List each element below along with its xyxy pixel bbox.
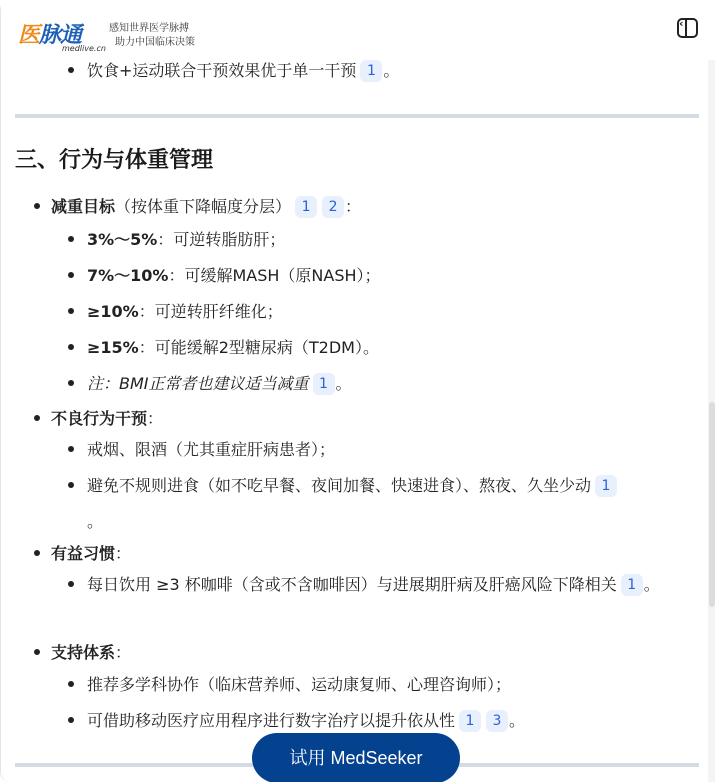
citation-badge[interactable]: 3 [486,710,508,732]
list-item: 注：BMI正常者也建议适当减重1。 [1,366,701,402]
citation-badge[interactable]: 1 [595,475,617,497]
section-title: 三、行为与体重管理 [15,143,213,174]
good-habit-items: 每日饮用 ≥3 杯咖啡（含或不含咖啡因）与进展期肝病及肝癌风险下降相关1。 [1,567,701,603]
citation-badge[interactable]: 2 [322,196,344,218]
list-item: 支持体系： [1,635,701,671]
list-item: ≥15%：可能缓解2型糖尿病（T2DM）。 [1,330,701,366]
scrollbar[interactable] [708,60,715,782]
list-item: 7%～10%：可缓解MASH（原NASH）； [1,258,701,294]
header: 医脉通 medlive.cn 感知世界医学脉搏 助力中国临床决策 [1,0,715,56]
slogan-line-2: 助力中国临床决策 [109,36,195,50]
list-item: 戒烟、限酒（尤其重症肝病患者）； [1,432,701,468]
list-item: 3%～5%：可逆转脂肪肝； [1,222,701,258]
medlive-logo[interactable]: 医脉通 medlive.cn [18,18,106,56]
list-item: 减重目标（按体重下降幅度分层）12： [1,189,701,225]
sidebar-panel-icon[interactable] [677,18,698,38]
slogan-line-1: 感知世界医学脉搏 [109,22,195,36]
scrollbar-thumb[interactable] [709,402,715,607]
citation-badge[interactable]: 1 [621,574,643,596]
section-divider [15,114,699,118]
list-item: ≥10%：可逆转肝纤维化； [1,294,701,330]
slogan: 感知世界医学脉搏 助力中国临床决策 [109,22,195,50]
list-item: 饮食+运动联合干预效果优于单一干预1。 [1,53,701,89]
list-item: 避免不规则进食（如不吃早餐、夜间加餐、快速进食）、熬夜、久坐少动1。 [1,468,701,540]
citation-badge[interactable]: 1 [295,196,317,218]
try-medseeker-button[interactable]: 试用 MedSeeker [252,733,460,782]
list-item: 每日饮用 ≥3 杯咖啡（含或不含咖啡因）与进展期肝病及肝癌风险下降相关1。 [1,567,701,603]
support-items: 推荐多学科协作（临床营养师、运动康复师、心理咨询师）； 可借助移动医疗应用程序进… [1,667,701,739]
prev-section-list: 饮食+运动联合干预效果优于单一干预1。 [1,53,701,89]
logo-sub: medlive.cn [62,44,106,53]
group-weight-goals: 减重目标（按体重下降幅度分层）12： [1,189,701,225]
citation-badge[interactable]: 1 [459,710,481,732]
citation-badge[interactable]: 1 [360,60,382,82]
group-support: 支持体系： [1,635,701,671]
citation-badge[interactable]: 1 [313,373,335,395]
weight-goal-items: 3%～5%：可逆转脂肪肝； 7%～10%：可缓解MASH（原NASH）； ≥10… [1,222,701,402]
app-frame: 医脉通 medlive.cn 感知世界医学脉搏 助力中国临床决策 饮食+运动联合… [0,0,715,782]
list-item: 推荐多学科协作（临床营养师、运动康复师、心理咨询师）； [1,667,701,703]
bad-behavior-items: 戒烟、限酒（尤其重症肝病患者）； 避免不规则进食（如不吃早餐、夜间加餐、快速进食… [1,432,701,540]
